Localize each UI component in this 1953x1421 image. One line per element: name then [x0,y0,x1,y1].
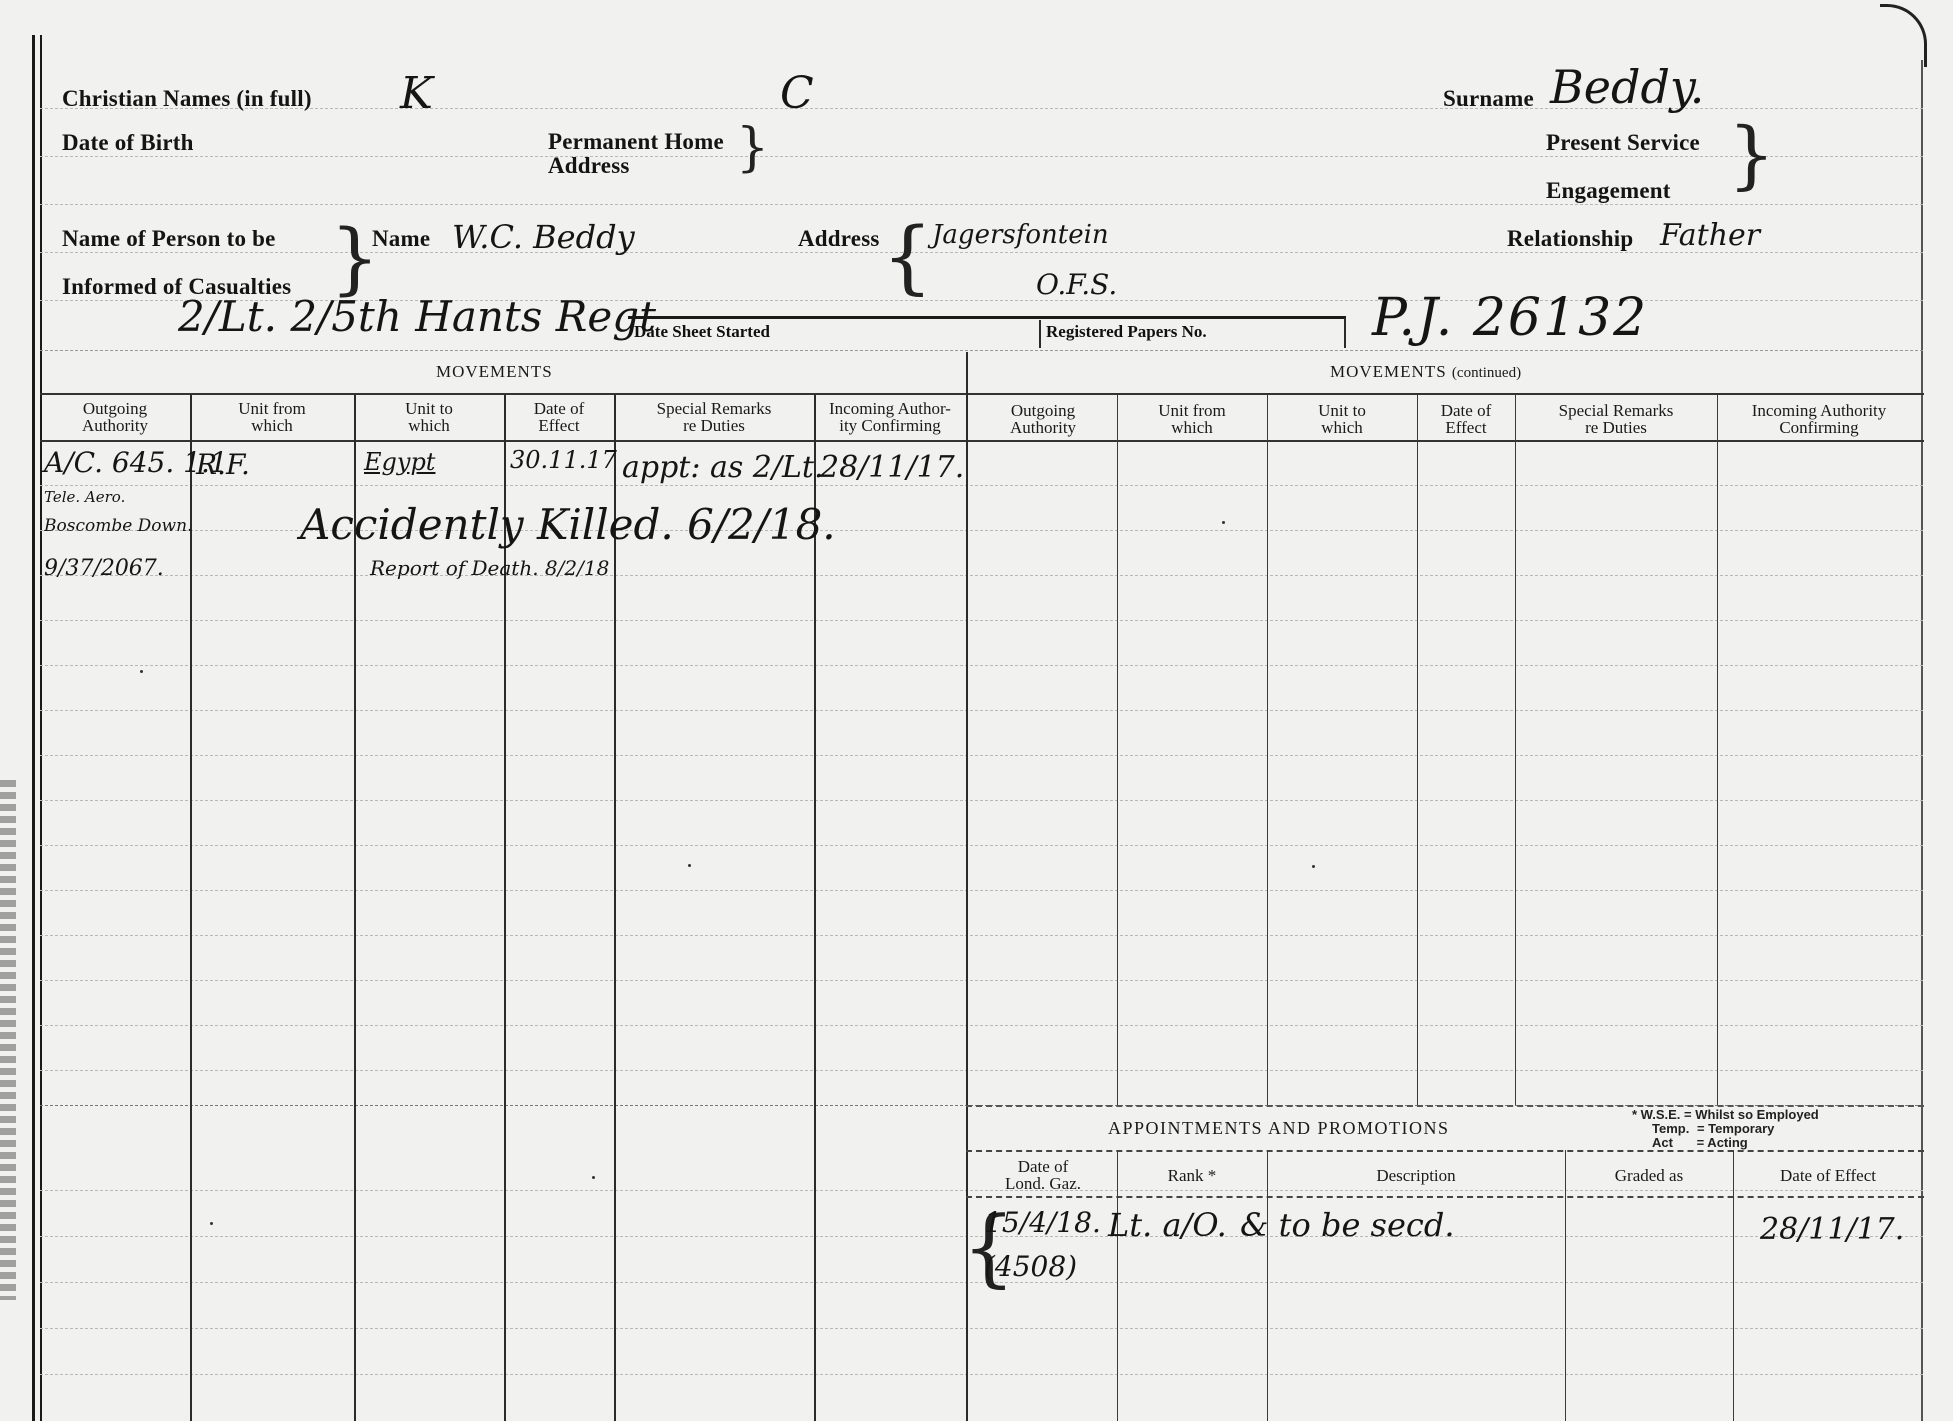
rule [40,755,1923,756]
christian-names-value-2: C [780,68,814,119]
movements-header-top [40,393,1924,395]
appt-rank: Lt. a/O. [1108,1206,1227,1244]
christian-names-value-1: K [400,68,433,119]
rule [40,890,1923,891]
rule [40,204,1923,205]
rule [40,575,1923,576]
col-header-unit-to-cont: Unit towhich [1269,402,1415,436]
col-header-special-remarks-cont: Special Remarksre Duties [1517,402,1715,436]
rule [40,1025,1923,1026]
legend-temp: Temp. = Temporary [1652,1122,1774,1135]
col-header-unit-from: Unit fromwhich [192,400,352,434]
paper-speck [688,864,691,867]
legend-wse: * W.S.E. = Whilst so Employed [1632,1108,1819,1121]
movements-continued-title: MOVEMENTS (continued) [1330,362,1521,382]
brace-icon: } [1728,112,1775,198]
page-corner [1880,4,1927,67]
paper-speck [1312,865,1315,868]
rule [40,1070,1923,1071]
brace-icon: } [736,118,769,178]
col-divider [1515,395,1516,1105]
rule [40,156,1923,157]
entry-unit-to: Egypt [364,448,435,476]
registered-papers-label: Registered Papers No. [1046,322,1207,342]
rule [40,620,1923,621]
appt-date-of-effect: 28/11/17. [1760,1212,1904,1247]
paper-speck [140,670,143,673]
margin-print-code [0,780,16,1300]
col-header-unit-to: Unit towhich [356,400,502,434]
col-divider [1117,395,1118,1105]
name-label: Name [372,226,430,252]
paper-speck [210,1222,213,1225]
rule [40,980,1923,981]
entry-date-of-effect: 30.11.17 [510,446,617,474]
col-divider [1117,1150,1118,1421]
col-header-rank: Rank * [1119,1167,1265,1184]
movements-header-bottom [40,440,1924,442]
col-header-outgoing-authority: OutgoingAuthority [42,400,188,434]
col-header-unit-from-cont: Unit fromwhich [1119,402,1265,436]
sheet-box-top [628,316,1346,319]
paper-speck [1222,521,1225,524]
surname-value: Beddy. [1550,60,1704,114]
rule [40,800,1923,801]
right-border [1921,60,1923,1421]
left-border [32,35,35,1421]
name-value: W.C. Beddy [452,218,635,256]
col-divider [1565,1150,1566,1421]
appointments-header-top [966,1150,1924,1152]
entry-outgoing-authority-2: Tele. Aero. [44,488,125,506]
christian-names-label: Christian Names (in full) [62,86,312,112]
col-divider [1717,395,1718,1105]
entry-incoming-authority: 28/11/17. [820,450,964,485]
surname-label: Surname [1443,86,1534,112]
appt-gazette-no: (4508) [984,1250,1077,1283]
next-of-kin-label-line1: Name of Person to be [62,226,276,252]
col-header-incoming-authority-cont: Incoming AuthorityConfirming [1719,402,1919,436]
appointments-header-bottom [966,1196,1924,1198]
rule [40,1328,1923,1329]
unit-note: 2/Lt. 2/5th Hants Regt [178,292,656,341]
entry-unit-from: R.F. [196,448,250,481]
rule [40,485,1923,486]
appt-date-lond-gaz: 15/4/18. [984,1206,1101,1239]
col-divider [1267,1150,1268,1421]
present-service-label: Present Service [1546,130,1700,156]
col-header-date-of-effect-appt: Date of Effect [1735,1167,1921,1184]
paper-speck [592,1176,595,1179]
engagement-label: Engagement [1546,178,1671,204]
rule [40,710,1923,711]
col-header-description: Description [1269,1167,1563,1184]
date-of-birth-label: Date of Birth [62,130,194,156]
legend-act: Act = Acting [1652,1136,1748,1149]
sheet-box-right [1344,318,1346,348]
col-divider [1417,395,1418,1105]
address-value-line1: Jagersfontein [932,220,1109,250]
entry-outgoing-authority-4: 9/37/2067. [44,556,164,581]
registered-papers-value: P.J. 26132 [1372,288,1648,348]
rule [40,350,1923,351]
col-header-outgoing-authority-cont: OutgoingAuthority [970,402,1116,436]
entry-special-remarks: appt: as 2/Lt. [622,450,824,485]
rule [40,252,1923,253]
relationship-label: Relationship [1507,226,1633,252]
entry-report-of-death: Report of Death. 8/2/18 [370,556,609,580]
rule [40,845,1923,846]
permanent-home-label-line2: Address [548,154,724,178]
appointments-title: APPOINTMENTS AND PROMOTIONS [1108,1118,1450,1139]
relationship-value: Father [1660,218,1760,253]
col-divider [190,395,192,1421]
rule [40,665,1923,666]
address-value-line2: O.F.S. [1036,268,1117,301]
movements-title: MOVEMENTS [436,362,553,382]
col-header-date-lond-gaz: Date ofLond. Gaz. [970,1158,1116,1192]
date-sheet-started-label: Date Sheet Started [634,322,770,342]
movements-continued-title-suffix: (continued) [1452,365,1521,381]
movements-continued-title-main: MOVEMENTS [1330,362,1447,381]
left-border-inner [40,35,42,1421]
col-header-date-of-effect: Date ofEffect [506,400,612,434]
permanent-home-label: Permanent Home Address [548,130,724,178]
permanent-home-label-line1: Permanent Home [548,130,724,154]
col-header-special-remarks: Special Remarksre Duties [616,400,812,434]
entry-accidently-killed: Accidently Killed. 6/2/18. [300,500,836,549]
entry-outgoing-authority-3: Boscombe Down. [44,516,192,536]
brace-icon: { [882,210,933,303]
address-label: Address [798,226,880,252]
sheet-box-divider [1039,320,1041,348]
rule [40,935,1923,936]
col-divider [1733,1150,1734,1421]
appt-description: & to be secd. [1240,1206,1454,1244]
col-divider [1267,395,1268,1105]
col-header-incoming-authority: Incoming Author-ity Confirming [816,400,964,434]
col-header-date-of-effect-cont: Date ofEffect [1419,402,1513,436]
col-header-graded-as: Graded as [1567,1167,1731,1184]
rule [40,1374,1923,1375]
